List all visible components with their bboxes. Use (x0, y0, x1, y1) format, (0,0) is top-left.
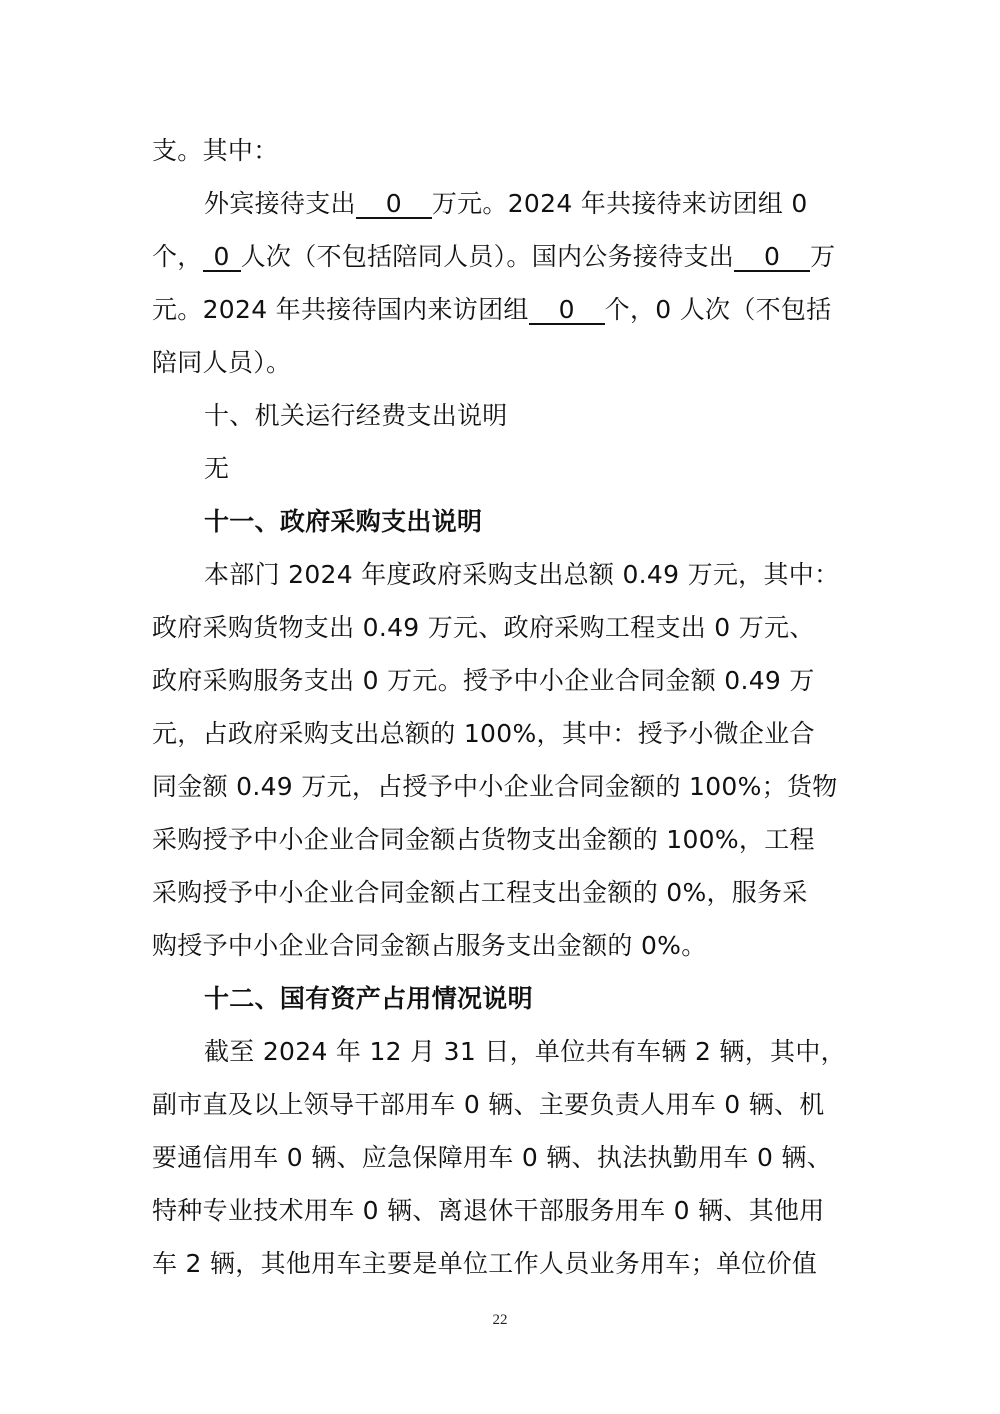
paragraph-line: 采购授予中小企业合同金额占货物支出金额的 100%，工程 (152, 813, 852, 866)
reception-line: 个，0人次（不包括陪同人员）。国内公务接待支出0万 (152, 230, 852, 283)
paragraph-line: 元，占政府采购支出总额的 100%，其中：授予小微企业合 (152, 707, 852, 760)
paragraph-line: 本部门 2024 年度政府采购支出总额 0.49 万元，其中： (152, 548, 852, 601)
text-line: 陪同人员）。 (152, 336, 852, 389)
text-fragment: 个， (152, 242, 203, 271)
paragraph-line: 政府采购服务支出 0 万元。授予中小企业合同金额 0.49 万 (152, 654, 852, 707)
text-fragment: 个，0 人次（不包括 (605, 295, 832, 324)
foreign-persons-count: 0 (203, 244, 241, 272)
paragraph-line: 政府采购货物支出 0.49 万元、政府采购工程支出 0 万元、 (152, 601, 852, 654)
paragraph-line: 截至 2024 年 12 月 31 日，单位共有车辆 2 辆，其中， (152, 1025, 852, 1078)
text-fragment: 元。2024 年共接待国内来访团组 (152, 295, 529, 324)
text-fragment: 万 (810, 242, 835, 271)
reception-line: 元。2024 年共接待国内来访团组0个，0 人次（不包括 (152, 283, 852, 336)
paragraph-line: 同金额 0.49 万元，占授予中小企业合同金额的 100%；货物 (152, 760, 852, 813)
paragraph-line: 副市直及以上领导干部用车 0 辆、主要负责人用车 0 辆、机 (152, 1078, 852, 1131)
paragraph-line: 特种专业技术用车 0 辆、离退休干部服务用车 0 辆、其他用 (152, 1184, 852, 1237)
text-fragment: 人次（不包括陪同人员）。国内公务接待支出 (241, 242, 735, 271)
section-10-body: 无 (152, 442, 852, 495)
domestic-reception-amount: 0 (734, 244, 810, 272)
section-12-heading: 十二、国有资产占用情况说明 (152, 972, 852, 1025)
text-line: 支。其中： (152, 124, 852, 177)
text-fragment: 外宾接待支出 (204, 189, 356, 218)
text-fragment: 万元。2024 年共接待来访团组 0 (432, 189, 808, 218)
foreign-reception-line: 外宾接待支出0万元。2024 年共接待来访团组 0 (152, 177, 852, 230)
paragraph-line: 车 2 辆，其他用车主要是单位工作人员业务用车；单位价值 (152, 1237, 852, 1290)
foreign-reception-amount: 0 (356, 191, 432, 219)
page-number: 22 (0, 1312, 1000, 1329)
paragraph-line: 要通信用车 0 辆、应急保障用车 0 辆、执法执勤用车 0 辆、 (152, 1131, 852, 1184)
document-page: 支。其中： 外宾接待支出0万元。2024 年共接待来访团组 0 个，0人次（不包… (152, 124, 852, 1290)
paragraph-line: 购授予中小企业合同金额占服务支出金额的 0%。 (152, 919, 852, 972)
section-11-heading: 十一、政府采购支出说明 (152, 495, 852, 548)
domestic-groups-count: 0 (529, 297, 605, 325)
section-10-heading: 十、机关运行经费支出说明 (152, 389, 852, 442)
paragraph-line: 采购授予中小企业合同金额占工程支出金额的 0%，服务采 (152, 866, 852, 919)
